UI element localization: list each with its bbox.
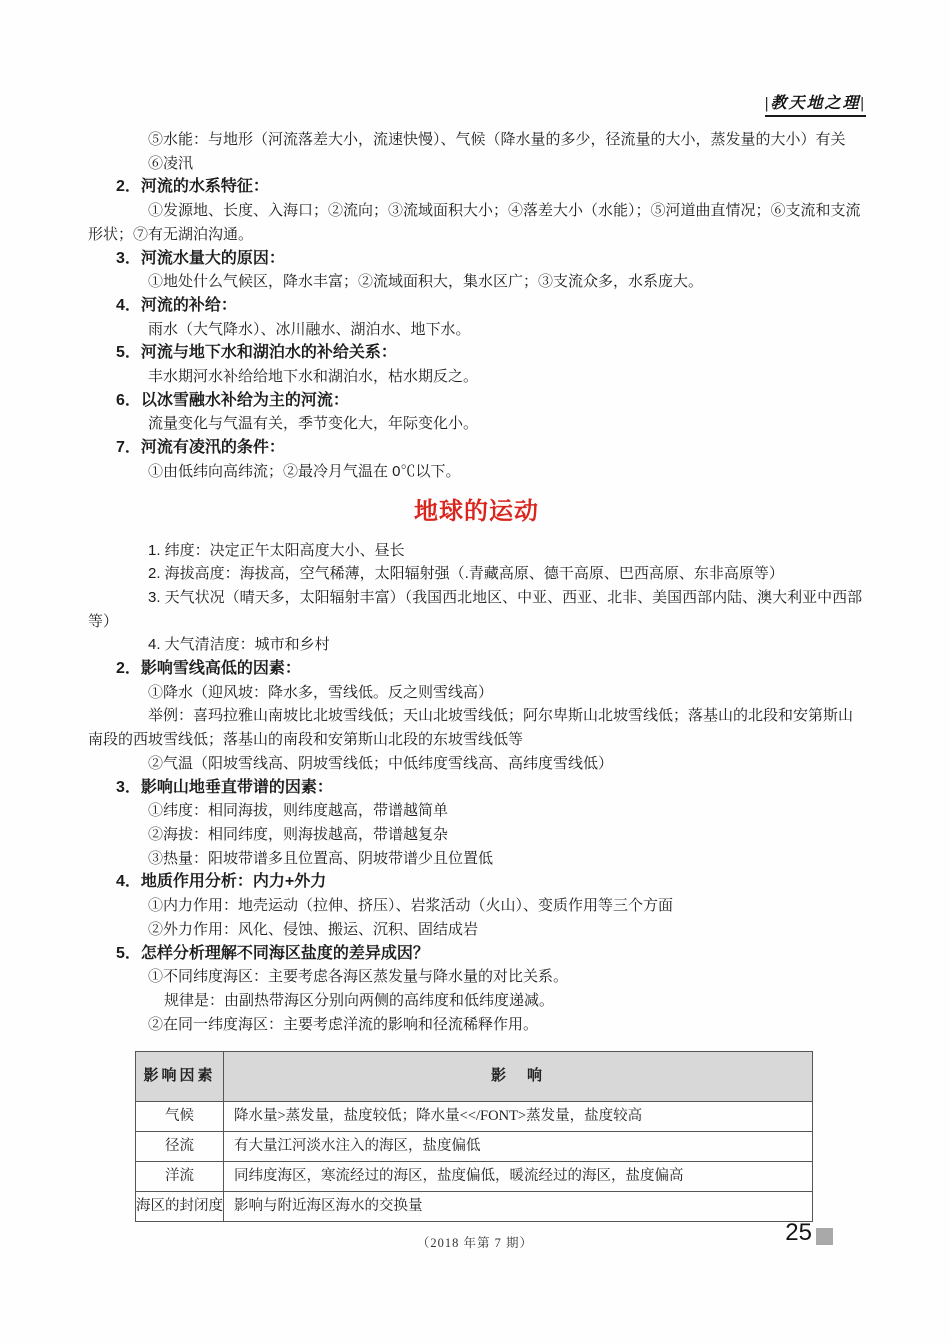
cell-factor: 海区的封闭度: [136, 1192, 224, 1222]
list-item: ⑤水能：与地形（河流落差大小，流速快慢）、气候（降水量的多少，径流量的大小，蒸发…: [88, 128, 865, 152]
document-page: |教天地之理| ⑤水能：与地形（河流落差大小，流速快慢）、气候（降水量的多少，径…: [0, 0, 950, 1343]
table-row: 径流 有大量江河淡水注入的海区，盐度偏低: [136, 1132, 813, 1162]
list-item: ①内力作用：地壳运动（拉伸、挤压）、岩浆活动（火山）、变质作用等三个方面: [88, 894, 865, 918]
list-item: ①地处什么气候区，降水丰富；②流域面积大，集水区广；③支流众多，水系庞大。: [88, 270, 865, 294]
list-item: 2. 海拔高度：海拔高，空气稀薄，太阳辐射强（.青藏高原、德干高原、巴西高原、东…: [88, 562, 865, 586]
table-row: 洋流 同纬度海区，寒流经过的海区，盐度偏低，暖流经过的海区，盐度偏高: [136, 1162, 813, 1192]
cell-effect: 影响与附近海区海水的交换量: [224, 1192, 813, 1222]
cell-effect: 同纬度海区，寒流经过的海区，盐度偏低，暖流经过的海区，盐度偏高: [224, 1162, 813, 1192]
list-item: ①降水（迎风坡：降水多，雪线低。反之则雪线高）: [88, 681, 865, 705]
section-heading: 7．河流有凌汛的条件：: [88, 436, 865, 460]
section-heading: 3．影响山地垂直带谱的因素：: [88, 776, 865, 800]
list-item: 规律是：由副热带海区分别向两侧的高纬度和低纬度递减。: [88, 989, 865, 1013]
section-heading: 4．河流的补给：: [88, 294, 865, 318]
list-item: ①不同纬度海区：主要考虑各海区蒸发量与降水量的对比关系。: [88, 965, 865, 989]
table-row: 海区的封闭度 影响与附近海区海水的交换量: [136, 1192, 813, 1222]
list-item: 雨水（大气降水）、冰川融水、湖泊水、地下水。: [88, 318, 865, 342]
cell-effect: 降水量>蒸发量，盐度较低；降水量<</FONT>蒸发量，盐度较高: [224, 1102, 813, 1132]
cell-effect: 有大量江河淡水注入的海区，盐度偏低: [224, 1132, 813, 1162]
list-item: ②在同一纬度海区：主要考虑洋流的影响和径流稀释作用。: [88, 1013, 865, 1037]
page-content: ⑤水能：与地形（河流落差大小，流速快慢）、气候（降水量的多少，径流量的大小，蒸发…: [88, 128, 865, 1222]
cell-factor: 气候: [136, 1102, 224, 1132]
section-heading: 3．河流水量大的原因：: [88, 247, 865, 271]
running-head-tag: |教天地之理|: [765, 90, 866, 117]
col-header-effect: 影 响: [224, 1052, 813, 1102]
section-heading: 2．河流的水系特征：: [88, 175, 865, 199]
paragraph: 3. 天气状况（晴天多，太阳辐射丰富）（我国西北地区、中亚、西亚、北非、美国西部…: [88, 586, 865, 633]
table-header-row: 影响因素 影 响: [136, 1052, 813, 1102]
table-row: 气候 降水量>蒸发量，盐度较低；降水量<</FONT>蒸发量，盐度较高: [136, 1102, 813, 1132]
list-item: ①纬度：相同海拔，则纬度越高，带谱越简单: [88, 799, 865, 823]
col-header-factor: 影响因素: [136, 1052, 224, 1102]
page-title: 地球的运动: [88, 497, 865, 527]
list-item: ⑥凌汛: [88, 152, 865, 176]
list-item: ②海拔：相同纬度，则海拔越高，带谱越复杂: [88, 823, 865, 847]
page-marker-square-icon: [816, 1228, 833, 1245]
cell-factor: 径流: [136, 1132, 224, 1162]
paragraph: ①发源地、长度、入海口；②流向；③流域面积大小；④落差大小（水能）；⑤河道曲直情…: [88, 199, 865, 246]
section-heading: 5．怎样分析理解不同海区盐度的差异成因？: [88, 942, 865, 966]
list-item: ③热量：阳坡带谱多且位置高、阴坡带谱少且位置低: [88, 847, 865, 871]
paragraph: 举例：喜玛拉雅山南坡比北坡雪线低；天山北坡雪线低；阿尔卑斯山北坡雪线低；落基山的…: [88, 704, 865, 751]
salinity-factors-table: 影响因素 影 响 气候 降水量>蒸发量，盐度较低；降水量<</FONT>蒸发量，…: [135, 1051, 813, 1222]
section-heading: 5．河流与地下水和湖泊水的补给关系：: [88, 341, 865, 365]
list-item: ①由低纬向高纬流；②最冷月气温在 0℃以下。: [88, 460, 865, 484]
section-heading: 4．地质作用分析：内力+外力: [88, 870, 865, 894]
page-number: 25: [785, 1219, 812, 1247]
list-item: 丰水期河水补给给地下水和湖泊水，枯水期反之。: [88, 365, 865, 389]
list-item: ②外力作用：风化、侵蚀、搬运、沉积、固结成岩: [88, 918, 865, 942]
list-item: 1. 纬度：决定正午太阳高度大小、昼长: [88, 539, 865, 563]
list-item: ②气温（阳坡雪线高、阴坡雪线低；中低纬度雪线高、高纬度雪线低）: [88, 752, 865, 776]
section-heading: 2．影响雪线高低的因素：: [88, 657, 865, 681]
section-heading: 6．以冰雪融水补给为主的河流：: [88, 389, 865, 413]
cell-factor: 洋流: [136, 1162, 224, 1192]
list-item: 流量变化与气温有关，季节变化大，年际变化小。: [88, 412, 865, 436]
list-item: 4. 大气清洁度：城市和乡村: [88, 633, 865, 657]
